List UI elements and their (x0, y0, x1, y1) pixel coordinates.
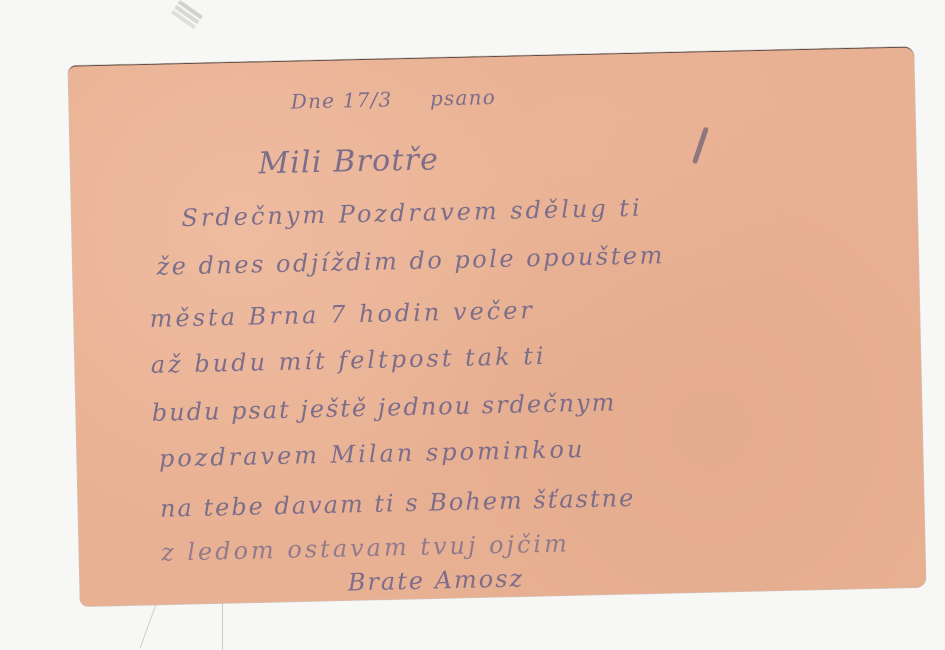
body-line: Srdečnym Pozdravem sdělug ti (181, 194, 643, 232)
body-line: pozdravem Milan spominkou (159, 435, 586, 473)
scan-smudge-mark (178, 0, 203, 19)
header-place: psano (430, 85, 496, 110)
body-line: z ledom ostavam tvuj ojčim (161, 529, 570, 566)
header-date: Dne 17/3 (291, 87, 393, 113)
scan-hair-line (139, 601, 157, 648)
body-line: města Brna 7 hodin večer (149, 296, 535, 333)
body-line: budu psat ještě jednou srdečnym (152, 388, 617, 427)
postcard: Dne 17/3 psano Mili Brotře Srdečnym Pozd… (68, 46, 926, 606)
scan-hair-line (222, 600, 223, 650)
body-line: až budu mít feltpost tak ti (150, 342, 546, 379)
body-line: že dnes odjíždim do pole opouštem (156, 241, 665, 281)
body-line: na tebe davam ti s Bohem šťastne (160, 484, 636, 523)
salutation: Mili Brotře (258, 142, 440, 181)
date-header: Dne 17/3 psano (291, 85, 497, 114)
signature: Brate Amosz (347, 564, 524, 596)
pencil-stroke-mark (692, 127, 709, 165)
